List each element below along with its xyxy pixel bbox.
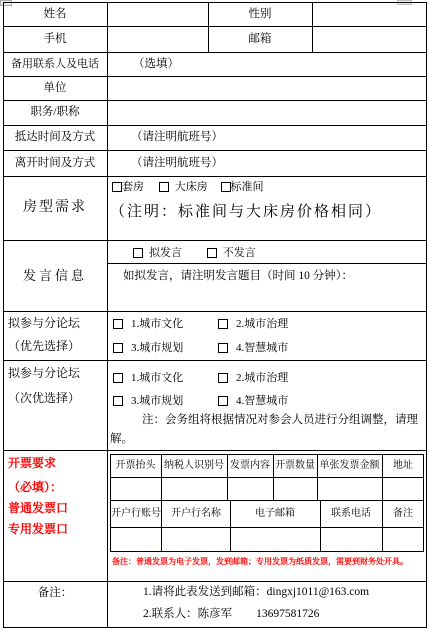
forum-primary-label-line2: （优先选择）: [8, 338, 80, 354]
room-type-label: 房型需求: [3, 176, 107, 240]
room-option-label: 套房: [122, 180, 144, 194]
departure-label: 离开时间及方式: [3, 150, 107, 176]
option-label: 2.城市治理: [236, 319, 288, 330]
gender-label: 性别: [208, 2, 312, 26]
checkbox-secondary-urban-governance[interactable]: [218, 373, 228, 383]
room-type-note: （注明：标准间与大床房价格相同）: [110, 202, 382, 222]
email-input-cell[interactable]: [313, 27, 426, 51]
backup-contact-label: 备用联系人及电话: [3, 52, 107, 76]
organization-label: 单位: [3, 76, 107, 100]
grid-line: [3, 311, 427, 312]
invoice-note: 备注：普通发票为电子发票，发到邮箱；专用发票为纸质发票，需要到财务处开具。: [112, 552, 408, 572]
remarks-contact-phone: 13697581726: [256, 608, 319, 620]
position-label: 职务/职称: [3, 100, 107, 125]
invoice-col-address: 地址: [382, 454, 424, 477]
option-label: 1.城市文化: [131, 373, 183, 384]
forum-note: 注：会务组将根据情况对参会人员进行分组调整，请理解。: [110, 411, 420, 449]
speech-options: 拟发言 不发言: [133, 244, 256, 264]
room-option-label: 大床房: [175, 180, 208, 194]
checkbox-secondary-urban-culture[interactable]: [113, 373, 123, 383]
checkbox-primary-urban-governance[interactable]: [218, 319, 228, 329]
room-type-options: 套房 大床房 标准间: [112, 180, 264, 196]
checkbox-suite-room[interactable]: [112, 182, 122, 192]
checkbox-primary-urban-culture[interactable]: [113, 319, 123, 329]
name-input-cell[interactable]: [108, 3, 207, 25]
invoice-col-remark: 备注: [382, 500, 424, 527]
checkbox-not-speak[interactable]: [207, 248, 217, 258]
invoice-col-amount: 单张发票金额: [317, 454, 382, 477]
invoice-col-quantity: 开票数量: [273, 454, 317, 477]
forum-primary-option: 4.智慧城市: [218, 340, 288, 356]
checkbox-secondary-smart-city[interactable]: [218, 396, 228, 406]
checkbox-secondary-urban-planning[interactable]: [113, 396, 123, 406]
invoice-col-bank-account: 开户行账号: [110, 500, 162, 527]
email-label: 邮箱: [208, 26, 312, 52]
forum-secondary-label-line2: （次优选择）: [8, 390, 80, 406]
invoice-label-line1: 开票要求: [8, 456, 56, 470]
invoice-col-title: 开票抬头: [110, 454, 161, 477]
invoice-col-email: 电子邮箱: [230, 500, 320, 527]
arrival-label: 抵达时间及方式: [3, 125, 107, 150]
arrival-value: （请注明航班号）: [131, 125, 223, 150]
position-input-cell[interactable]: [108, 101, 426, 124]
invoice-col-content: 发票内容: [227, 454, 273, 477]
invoice-row2-input-cells[interactable]: [111, 528, 423, 551]
option-label: 3.城市规划: [131, 343, 183, 354]
invoice-col-taxid: 纳税人识别号: [161, 454, 227, 477]
option-label: 4.智慧城市: [236, 343, 288, 354]
invoice-label-line4: 专用发票口: [8, 522, 68, 536]
option-label: 1.城市文化: [131, 319, 183, 330]
room-option-label: 标准间: [231, 180, 264, 194]
remarks-line1-label: 1.请将此表发送到邮箱：: [143, 586, 267, 598]
arrival-input-cell[interactable]: [220, 126, 426, 149]
remarks-contact-name: 陈彦军: [198, 608, 233, 620]
invoice-label-line3: 普通发票口: [8, 501, 68, 515]
checkbox-primary-urban-planning[interactable]: [113, 343, 123, 353]
option-label: 3.城市规划: [131, 396, 183, 407]
phone-label: 手机: [3, 26, 107, 52]
invoice-row1-input-cells[interactable]: [111, 478, 423, 499]
speech-option-label: 不发言: [223, 244, 256, 262]
forum-secondary-option: 4.智慧城市: [218, 393, 288, 409]
speech-topic-input-cell[interactable]: [108, 286, 426, 310]
forum-primary-option: 2.城市治理: [218, 316, 288, 332]
backup-contact-value: （选填）: [133, 52, 179, 76]
forum-secondary-label-line1: 拟参与分论坛: [8, 365, 80, 381]
departure-value: （请注明航班号）: [131, 150, 223, 176]
checkbox-primary-smart-city[interactable]: [218, 343, 228, 353]
invoice-label-line2: （必填）：: [8, 480, 62, 494]
registration-form-page: 姓名 性别 手机 邮箱 备用联系人及电话 （选填） 单位 职务/职称 抵达时间及…: [0, 0, 430, 634]
grid-line: [3, 360, 427, 361]
backup-contact-input-cell[interactable]: [180, 53, 426, 75]
invoice-col-phone: 联系电话: [320, 500, 382, 527]
speech-label: 发言信息: [3, 240, 107, 311]
speech-option-label: 拟发言: [149, 244, 182, 262]
forum-primary-option: 1.城市文化: [113, 316, 183, 332]
remarks-label: 备注：: [3, 581, 107, 605]
forum-secondary-option: 1.城市文化: [113, 370, 183, 386]
forum-primary-option: 3.城市规划: [113, 340, 183, 356]
forum-secondary-option: 3.城市规划: [113, 393, 183, 409]
checkbox-standard-room[interactable]: [221, 182, 231, 192]
phone-input-cell[interactable]: [108, 27, 207, 51]
remarks-line1: 1.请将此表发送到邮箱：dingxj1011@163.com: [143, 582, 369, 602]
departure-input-cell[interactable]: [220, 151, 426, 174]
speech-instruction: 如拟发言，请注明发言题目（时间 10 分钟）：: [123, 267, 353, 285]
invoice-col-bank-name: 开户行名称: [162, 500, 230, 527]
checkbox-king-bed-room[interactable]: [159, 182, 169, 192]
forum-secondary-option: 2.城市治理: [218, 370, 288, 386]
option-label: 2.城市治理: [236, 373, 288, 384]
remarks-email: dingxj1011@163.com: [267, 586, 369, 598]
name-label: 姓名: [3, 2, 107, 26]
remarks-line2: 2.联系人：陈彦军13697581726: [143, 604, 319, 624]
gender-input-cell[interactable]: [313, 3, 426, 25]
grid-line: [3, 450, 427, 451]
remarks-line2-label: 2.联系人：: [143, 608, 198, 620]
forum-primary-label-line1: 拟参与分论坛: [8, 315, 80, 331]
organization-input-cell[interactable]: [108, 77, 426, 99]
checkbox-will-speak[interactable]: [133, 248, 143, 258]
option-label: 4.智慧城市: [236, 396, 288, 407]
